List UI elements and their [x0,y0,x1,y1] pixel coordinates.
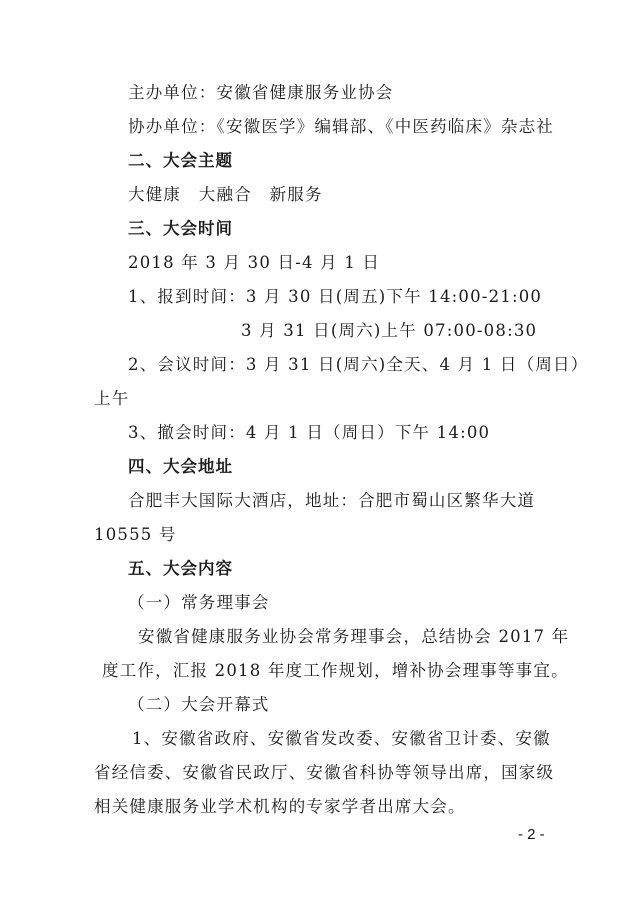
standing-council-text-2: 度工作，汇报 2018 年度工作规划，增补协会理事等事宜。 [102,660,569,682]
document-page: 主办单位：安徽省健康服务业协会 协办单位：《安徽医学》编辑部、《中医药临床》杂志… [0,0,636,903]
address-line-2: 10555 号 [94,524,177,546]
theme-text: 大健康 大融合 新服务 [128,184,323,206]
section-heading-content: 五、大会内容 [128,558,233,580]
departure-time: 3、撤会时间：4 月 1 日（周日）下午 14:00 [128,422,490,444]
address-line-1: 合肥丰大国际大酒店，地址：合肥市蜀山区繁华大道 [128,490,535,512]
subsection-opening-ceremony: （二）大会开幕式 [128,694,270,716]
page-number: - 2 - [518,826,545,844]
standing-council-text-1: 安徽省健康服务业协会常务理事会，总结协会 2017 年 [138,626,569,648]
section-heading-time: 三、大会时间 [128,218,233,240]
organizer-line: 主办单位：安徽省健康服务业协会 [128,82,394,104]
section-heading-theme: 二、大会主题 [128,150,233,172]
registration-time-1: 1、报到时间：3 月 30 日(周五)下午 14:00-21:00 [128,286,542,308]
opening-text-2: 省经信委、安徽省民政厅、安徽省科协等领导出席，国家级 [94,762,554,784]
meeting-time: 2、会议时间：3 月 31 日(周六)全天、4 月 1 日（周日） [128,354,588,376]
co-organizer-line: 协办单位：《安徽医学》编辑部、《中医药临床》杂志社 [128,116,554,138]
registration-time-2: 3 月 31 日(周六)上午 07:00-08:30 [241,320,537,342]
meeting-time-cont: 上午 [94,388,129,410]
section-heading-address: 四、大会地址 [128,456,233,478]
opening-text-3: 相关健康服务业学术机构的专家学者出席大会。 [94,796,466,818]
date-range: 2018 年 3 月 30 日-4 月 1 日 [128,252,380,274]
subsection-standing-council: （一）常务理事会 [128,592,270,614]
opening-text-1: 1、安徽省政府、安徽省发改委、安徽省卫计委、安徽 [132,728,551,750]
